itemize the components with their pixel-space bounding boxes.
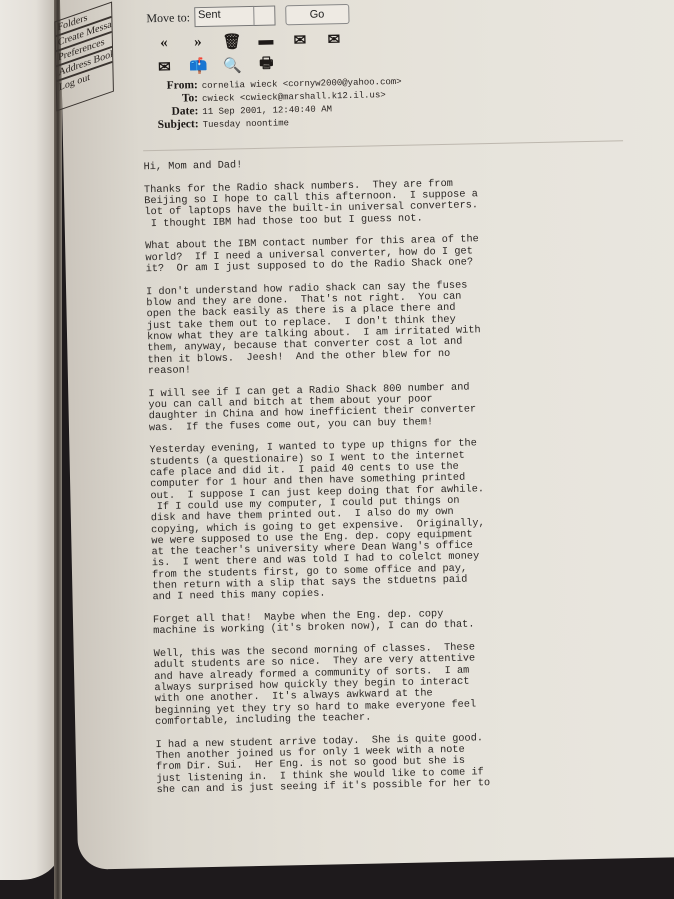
message-header: Move to: Sent Go « » 🗑 ▬ ✉ ✉ ✉ 📫 🔍 🖶 Fro… bbox=[146, 0, 608, 132]
toolbar-row-1: « » 🗑 ▬ ✉ ✉ bbox=[153, 25, 607, 53]
date-label: Date: bbox=[148, 105, 198, 118]
body-paragraph: I will see if I can get a Radio Shack 80… bbox=[148, 379, 629, 434]
mailbox-icon[interactable]: 📫 bbox=[187, 57, 209, 75]
message-body: Hi, Mom and Dad! Thanks for the Radio sh… bbox=[143, 152, 636, 808]
nav-menu: Folders Create Message Preferences Addre… bbox=[54, 1, 113, 111]
reply-all-icon[interactable]: ✉ bbox=[323, 30, 345, 48]
body-paragraph: Forget all that! Maybe when the Eng. dep… bbox=[153, 605, 633, 638]
go-button[interactable]: Go bbox=[285, 4, 349, 25]
body-paragraph: What about the IBM contact number for th… bbox=[145, 232, 626, 276]
forward-icon[interactable]: ✉ bbox=[153, 58, 175, 76]
body-paragraph: I don't understand how radio shack can s… bbox=[146, 277, 628, 377]
folder-select[interactable]: Sent bbox=[194, 6, 275, 28]
trash-icon[interactable]: 🗑 bbox=[221, 32, 243, 50]
message-fields: From: cornelia wieck <cornyw2000@yahoo.c… bbox=[148, 71, 609, 133]
folder-select-arrow[interactable] bbox=[253, 7, 274, 25]
body-paragraph: Well, this was the second morning of cla… bbox=[154, 639, 636, 728]
view-source-icon[interactable]: 🔍 bbox=[221, 56, 243, 74]
move-to-label: Move to: bbox=[146, 10, 190, 26]
subject-value: Tuesday noontime bbox=[203, 118, 290, 130]
folder-select-value: Sent bbox=[195, 7, 253, 26]
print-icon[interactable]: 🖶 bbox=[255, 55, 277, 73]
to-label: To: bbox=[148, 92, 198, 105]
previous-icon[interactable]: « bbox=[153, 34, 175, 52]
header-divider bbox=[143, 140, 623, 151]
left-page bbox=[0, 0, 60, 880]
body-paragraph: Hi, Mom and Dad! bbox=[143, 152, 623, 173]
book-spine bbox=[54, 0, 62, 899]
reply-icon[interactable]: ✉ bbox=[289, 31, 311, 49]
next-icon[interactable]: » bbox=[187, 33, 209, 51]
from-label: From: bbox=[148, 79, 198, 92]
folder-icon[interactable]: ▬ bbox=[255, 31, 277, 49]
body-paragraph: Thanks for the Radio shack numbers. They… bbox=[144, 175, 625, 230]
printed-page: cwieck@marshall.k12.il.us Folders Create… bbox=[60, 0, 674, 870]
move-to-row: Move to: Sent Go bbox=[146, 0, 606, 28]
body-paragraph: Yesterday evening, I wanted to type up t… bbox=[149, 436, 632, 604]
body-paragraph: I had a new student arrive today. She is… bbox=[156, 730, 637, 797]
subject-label: Subject: bbox=[149, 118, 199, 131]
